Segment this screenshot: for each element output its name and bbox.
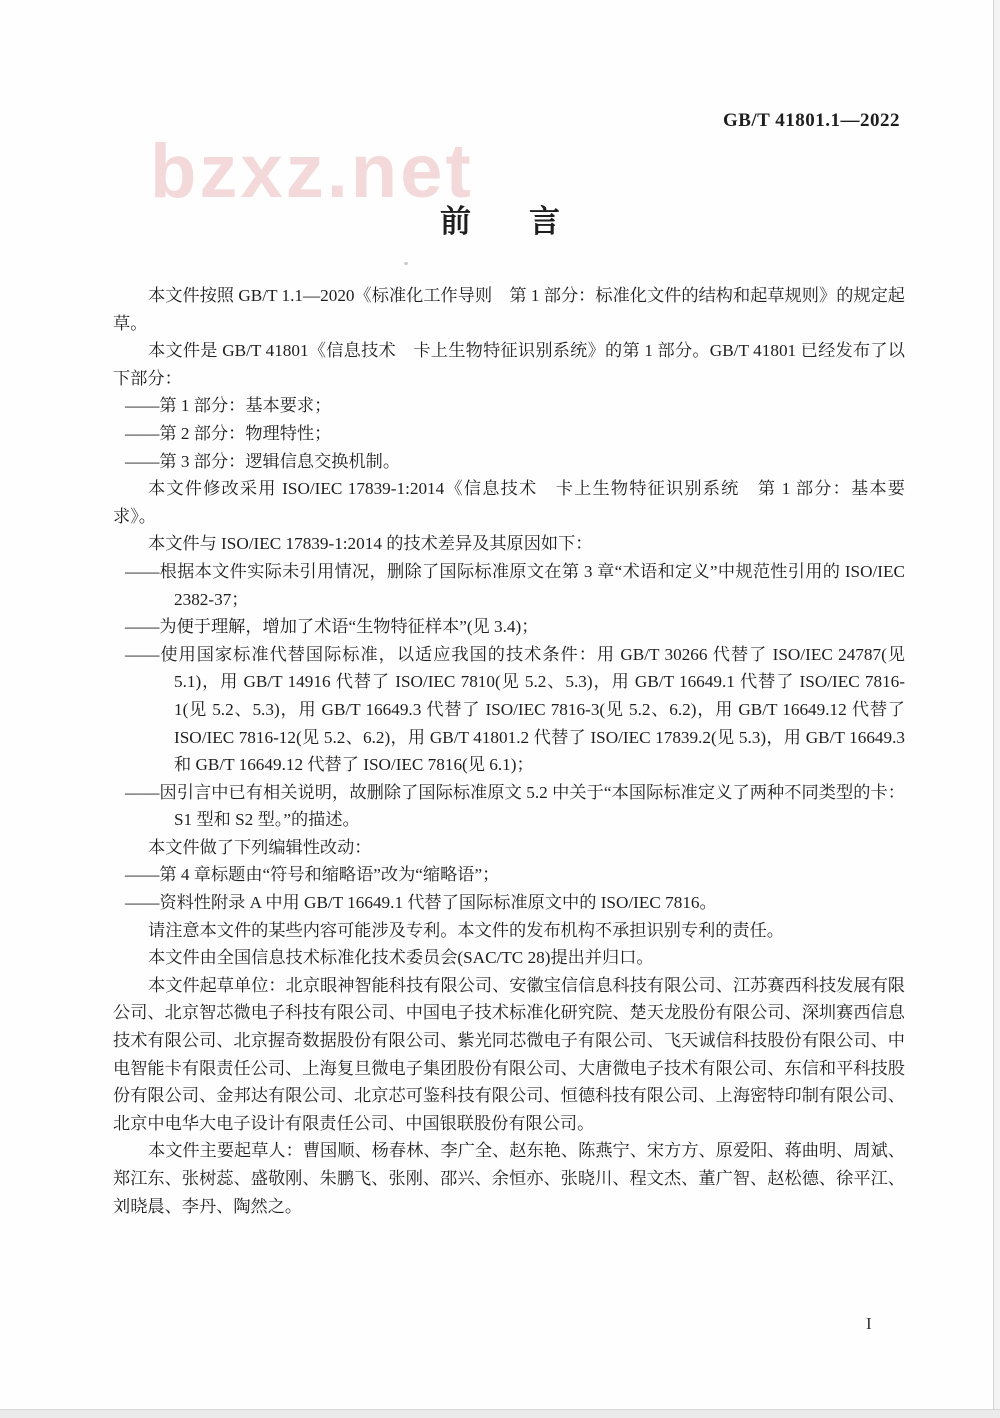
paragraph: 本文件修改采用 ISO/IEC 17839-1:2014《信息技术 卡上生物特征… [113, 475, 905, 530]
page-edge-shadow-right [993, 0, 1000, 1418]
list-item: ——第 3 部分：逻辑信息交换机制。 [113, 448, 905, 476]
content: 本文件按照 GB/T 1.1—2020《标准化工作导则 第 1 部分：标准化文件… [113, 282, 905, 1220]
list-item: ——因引言中已有相关说明，故删除了国际标准原文 5.2 中关于“本国际标准定义了… [113, 779, 905, 834]
list-item: ——使用国家标准代替国际标准，以适应我国的技术条件：用 GB/T 30266 代… [113, 641, 905, 779]
paragraph: 本文件由全国信息技术标准化技术委员会(SAC/TC 28)提出并归口。 [113, 944, 905, 972]
paragraph: 本文件是 GB/T 41801《信息技术 卡上生物特征识别系统》的第 1 部分。… [113, 337, 905, 392]
list-item: ——资料性附录 A 中用 GB/T 16649.1 代替了国际标准原文中的 IS… [113, 889, 905, 917]
standard-code-header: GB/T 41801.1—2022 [723, 110, 900, 132]
list-item: ——第 2 部分：物理特性； [113, 420, 905, 448]
paragraph: 本文件与 ISO/IEC 17839-1:2014 的技术差异及其原因如下： [113, 530, 905, 558]
page-title: 前言 [0, 196, 1000, 241]
paragraph: 本文件主要起草人：曹国顺、杨春林、李广全、赵东艳、陈燕宁、宋方方、原爱阳、蒋曲明… [113, 1137, 905, 1220]
list-item: ——第 4 章标题由“符号和缩略语”改为“缩略语”； [113, 861, 905, 889]
paragraph: 请注意本文件的某些内容可能涉及专利。本文件的发布机构不承担识别专利的责任。 [113, 917, 905, 945]
page-number: I [866, 1314, 872, 1334]
list-item: ——根据本文件实际未引用情况，删除了国际标准原文在第 3 章“术语和定义”中规范… [113, 558, 905, 613]
scan-speck [404, 262, 408, 265]
paragraph: 本文件起草单位：北京眼神智能科技有限公司、安徽宝信信息科技有限公司、江苏赛西科技… [113, 972, 905, 1138]
list-item: ——为便于理解，增加了术语“生物特征样本”(见 3.4)； [113, 613, 905, 641]
list-item: ——第 1 部分：基本要求； [113, 392, 905, 420]
paragraph: 本文件按照 GB/T 1.1—2020《标准化工作导则 第 1 部分：标准化文件… [113, 282, 905, 337]
paragraph: 本文件做了下列编辑性改动： [113, 834, 905, 862]
page-edge-shadow-bottom [0, 1409, 1000, 1418]
